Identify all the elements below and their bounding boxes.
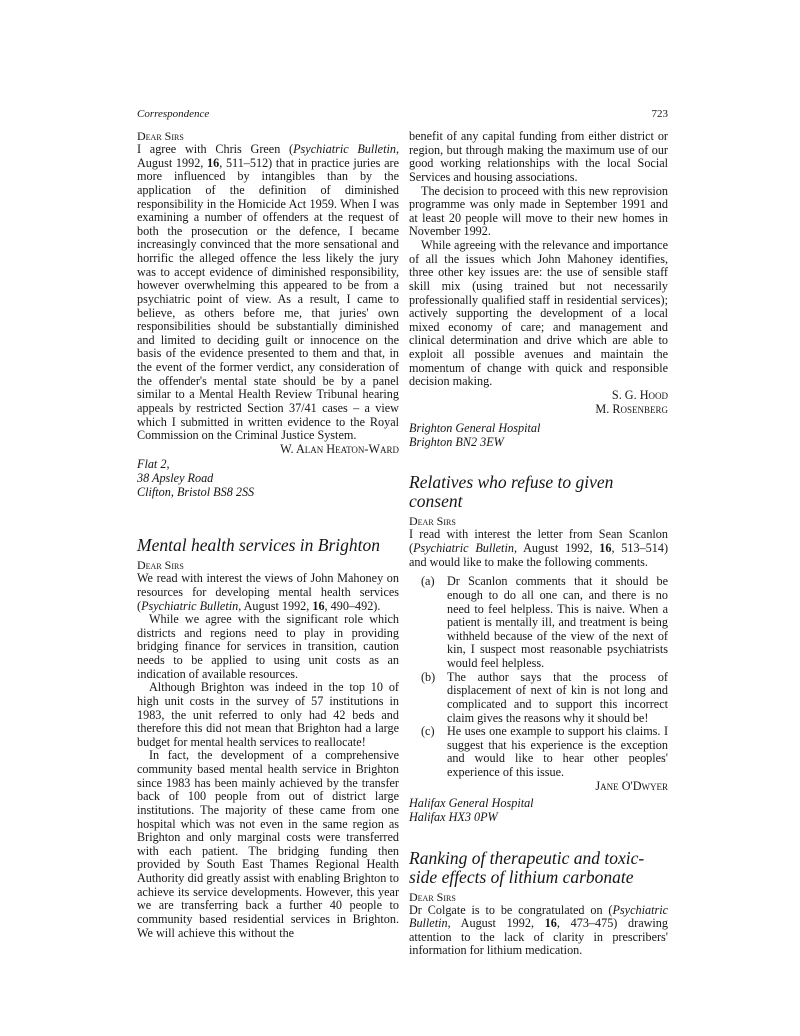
signature: M. Rosenberg [409, 403, 668, 417]
item-label: (a) [409, 575, 447, 670]
item-label: (c) [409, 725, 447, 780]
address-line: 38 Apsley Road [137, 472, 399, 486]
section-title: Ranking of therapeutic and toxic-side ef… [409, 849, 668, 887]
address-line: Halifax HX3 0PW [409, 811, 668, 825]
section-title: Relatives who refuse to given consent [409, 473, 668, 511]
letter-heaton-ward: Dear Sirs I agree with Chris Green (Psyc… [137, 130, 399, 499]
volume-number: 16 [545, 916, 557, 930]
letter-lithium: Ranking of therapeutic and toxic-side ef… [409, 849, 668, 959]
text: Dr Colgate is to be congratulated on ( [409, 903, 612, 917]
address: Halifax General Hospital Halifax HX3 0PW [409, 797, 668, 824]
text: , August 1992, [238, 599, 312, 613]
paragraph: benefit of any capital funding from eith… [409, 130, 668, 185]
paragraph: Although Brighton was indeed in the top … [137, 681, 399, 749]
right-column: 723 benefit of any capital funding from … [409, 108, 668, 958]
text: , 490–492). [325, 599, 381, 613]
address-line: Clifton, Bristol BS8 2SS [137, 486, 399, 500]
text: I agree with Chris Green ( [137, 142, 293, 156]
item-label: (b) [409, 671, 447, 726]
volume-number: 16 [207, 156, 219, 170]
item-text: Dr Scanlon comments that it should be en… [447, 575, 668, 670]
signature: S. G. Hood [409, 389, 668, 403]
paragraph: While agreeing with the relevance and im… [409, 239, 668, 389]
list-item: (c)He uses one example to support his cl… [409, 725, 668, 780]
volume-number: 16 [599, 541, 611, 555]
journal-name: Psychiatric Bulletin [141, 599, 238, 613]
comment-list: (a)Dr Scanlon comments that it should be… [409, 575, 668, 779]
letter-brighton: Mental health services in Brighton Dear … [137, 536, 399, 940]
list-item: (b)The author says that the process of d… [409, 671, 668, 726]
section-title: Mental health services in Brighton [137, 536, 399, 555]
address-line: Halifax General Hospital [409, 797, 668, 811]
address-line: Brighton BN2 3EW [409, 436, 668, 450]
signature: Jane O'Dwyer [409, 780, 668, 794]
text: , 511–512) that in practice juries are m… [137, 156, 399, 443]
text: , August 1992, [514, 541, 599, 555]
letter-body: I agree with Chris Green (Psychiatric Bu… [137, 143, 399, 443]
paragraph: In fact, the development of a comprehens… [137, 749, 399, 940]
address-line: Brighton General Hospital [409, 422, 668, 436]
signature: W. Alan Heaton-Ward [137, 443, 399, 457]
page-number: 723 [409, 108, 668, 122]
item-text: The author says that the process of disp… [447, 671, 668, 726]
letter-brighton-continued: benefit of any capital funding from eith… [409, 130, 668, 449]
left-column: Correspondence Dear Sirs I agree with Ch… [137, 108, 399, 940]
letter-body: Dr Colgate is to be congratulated on (Ps… [409, 904, 668, 959]
address-line: Flat 2, [137, 458, 399, 472]
letter-relatives-consent: Relatives who refuse to given consent De… [409, 473, 668, 824]
journal-name: Psychiatric Bulletin [413, 541, 514, 555]
running-title: Correspondence [137, 108, 399, 122]
address: Flat 2, 38 Apsley Road Clifton, Bristol … [137, 458, 399, 499]
list-item: (a)Dr Scanlon comments that it should be… [409, 575, 668, 670]
paragraph: While we agree with the significant role… [137, 613, 399, 681]
volume-number: 16 [312, 599, 324, 613]
item-text: He uses one example to support his claim… [447, 725, 668, 780]
letter-body: We read with interest the views of John … [137, 572, 399, 613]
journal-name: Psychiatric Bulletin [293, 142, 396, 156]
address: Brighton General Hospital Brighton BN2 3… [409, 422, 668, 449]
text: , August 1992, [448, 916, 545, 930]
paragraph: The decision to proceed with this new re… [409, 185, 668, 240]
letter-body: I read with interest the letter from Sea… [409, 528, 668, 569]
